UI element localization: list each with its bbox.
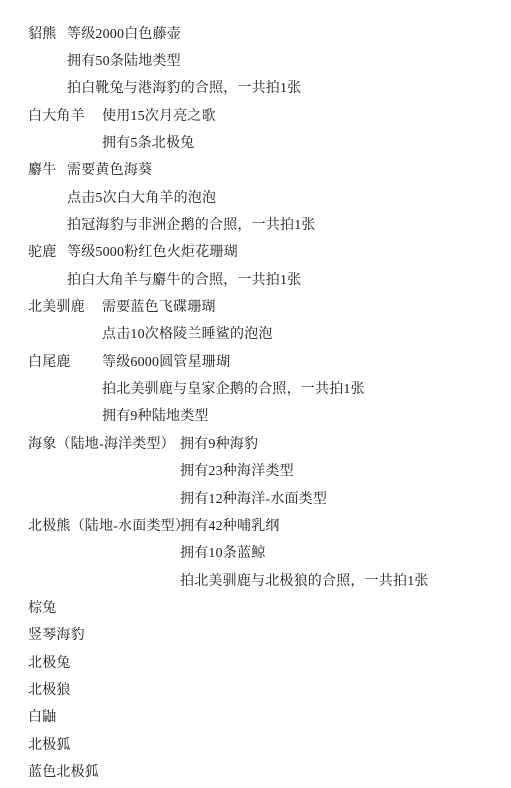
doc-line: 驼鹿 等级5000粉红色火炬花珊瑚 — [0, 238, 511, 265]
entry-requirement: 拥有9种海豹 — [180, 433, 258, 453]
doc-line: 北极狼 — [0, 675, 511, 702]
doc-line: 貂熊 等级2000白色藤壶 — [0, 19, 511, 46]
entry-name: 海象（陆地-海洋类型） — [28, 433, 175, 453]
doc-line: 麝牛 需要黄色海葵 — [0, 156, 511, 183]
doc-line: 拥有5条北极兔 — [0, 128, 511, 155]
entry-requirement: 等级6000圆管星珊瑚 — [102, 351, 230, 371]
entry-requirement: 拥有12种海洋-水面类型 — [180, 488, 327, 508]
entry-requirement: 拍冠海豹与非洲企鹅的合照，一共拍1张 — [67, 214, 316, 234]
doc-line: 拍白大角羊与麝牛的合照，一共拍1张 — [0, 265, 511, 292]
doc-line: 拥有12种海洋-水面类型 — [0, 484, 511, 511]
doc-line: 点击5次白大角羊的泡泡 — [0, 183, 511, 210]
entry-requirement: 拍北美驯鹿与北极狼的合照，一共拍1张 — [180, 570, 429, 590]
entry-requirement: 拥有10条蓝鲸 — [180, 542, 265, 562]
doc-line: 北极狐 — [0, 730, 511, 757]
entry-requirement: 拍北美驯鹿与皇家企鹅的合照，一共拍1张 — [102, 378, 365, 398]
entry-requirement: 拍白靴兔与港海豹的合照，一共拍1张 — [67, 77, 301, 97]
doc-line: 北美驯鹿 需要蓝色飞碟珊瑚 — [0, 292, 511, 319]
doc-line: 拍白靴兔与港海豹的合照，一共拍1张 — [0, 74, 511, 101]
doc-line: 竖琴海豹 — [0, 621, 511, 648]
doc-line: 拍北美驯鹿与皇家企鹅的合照，一共拍1张 — [0, 374, 511, 401]
entry-requirement: 使用15次月亮之歌 — [102, 105, 216, 125]
document-page: 貂熊 等级2000白色藤壶 拥有50条陆地类型 拍白靴兔与港海豹的合照，一共拍1… — [0, 0, 511, 788]
entry-name: 驼鹿 — [28, 241, 56, 261]
entry-requirement: 拥有9种陆地类型 — [102, 405, 209, 425]
entry-name: 白尾鹿 — [28, 351, 71, 371]
entry-requirement: 等级5000粉红色火炬花珊瑚 — [67, 241, 238, 261]
entry-requirement: 等级2000白色藤壶 — [67, 23, 181, 43]
entry-name: 白大角羊 — [28, 105, 85, 125]
doc-line: 拥有9种陆地类型 — [0, 402, 511, 429]
entry-name: 北极狼 — [28, 679, 71, 699]
entry-requirement: 需要蓝色飞碟珊瑚 — [102, 296, 216, 316]
entry-requirement: 拍白大角羊与麝牛的合照，一共拍1张 — [67, 269, 301, 289]
entry-name: 北美驯鹿 — [28, 296, 85, 316]
doc-line: 白鼬 — [0, 703, 511, 730]
doc-line: 海象（陆地-海洋类型） 拥有9种海豹 — [0, 429, 511, 456]
entry-name: 蓝色北极狐 — [28, 761, 99, 781]
doc-line: 棕兔 — [0, 593, 511, 620]
entry-requirement: 点击10次格陵兰睡鲨的泡泡 — [102, 323, 273, 343]
entry-requirement: 需要黄色海葵 — [67, 159, 152, 179]
entry-name: 貂熊 — [28, 23, 56, 43]
doc-line: 蓝色北极狐 — [0, 757, 511, 784]
entry-name: 北极狐 — [28, 734, 71, 754]
entry-name: 棕兔 — [28, 597, 56, 617]
entry-requirement: 拥有50条陆地类型 — [67, 50, 181, 70]
entry-name: 麝牛 — [28, 159, 56, 179]
doc-line: 北极熊（陆地-水面类型） 拥有42种哺乳纲 — [0, 511, 511, 538]
entry-name: 北极熊（陆地-水面类型） — [28, 515, 189, 535]
doc-line: 白大角羊 使用15次月亮之歌 — [0, 101, 511, 128]
entry-name: 北极兔 — [28, 652, 71, 672]
entry-requirement: 拥有23种海洋类型 — [180, 460, 294, 480]
doc-line: 拍冠海豹与非洲企鹅的合照，一共拍1张 — [0, 210, 511, 237]
doc-line: 白尾鹿 等级6000圆管星珊瑚 — [0, 347, 511, 374]
entry-name: 白鼬 — [28, 706, 56, 726]
entry-requirement: 点击5次白大角羊的泡泡 — [67, 187, 216, 207]
doc-line: 拥有23种海洋类型 — [0, 457, 511, 484]
doc-line: 拥有10条蓝鲸 — [0, 539, 511, 566]
doc-line: 拥有50条陆地类型 — [0, 46, 511, 73]
entry-requirement: 拥有42种哺乳纲 — [180, 515, 280, 535]
doc-line: 拍北美驯鹿与北极狼的合照，一共拍1张 — [0, 566, 511, 593]
entry-name: 竖琴海豹 — [28, 624, 85, 644]
doc-line: 点击10次格陵兰睡鲨的泡泡 — [0, 320, 511, 347]
entry-requirement: 拥有5条北极兔 — [102, 132, 194, 152]
doc-line: 北极兔 — [0, 648, 511, 675]
